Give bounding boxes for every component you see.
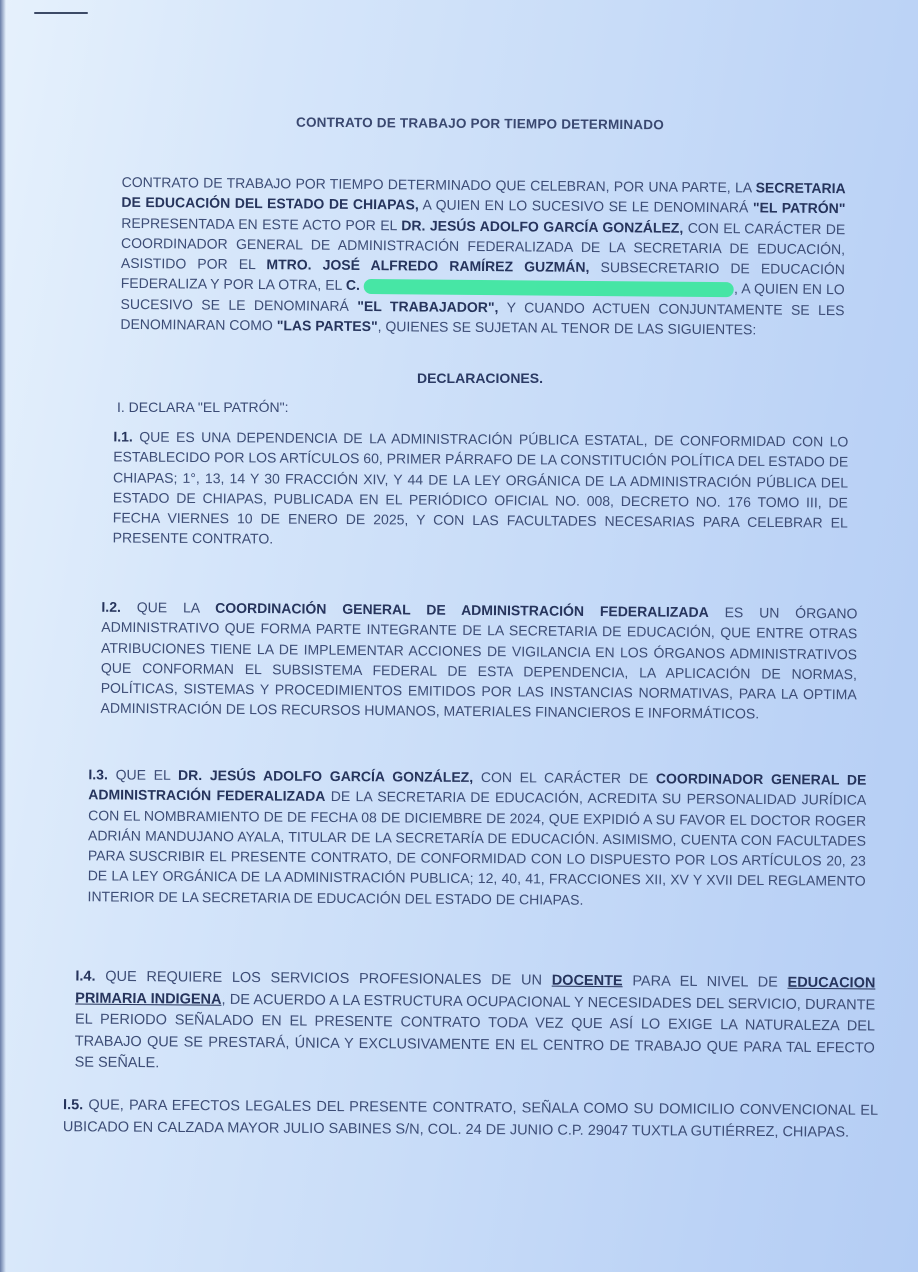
clause-1-5: I.5. QUE, PARA EFECTOS LEGALES DEL PRESE… bbox=[63, 1095, 878, 1144]
redacted-worker-name bbox=[364, 279, 734, 297]
section-i-heading: I. DECLARA "EL PATRÓN": bbox=[117, 399, 289, 415]
clause-1-1: I.1. QUE ES UNA DEPENDENCIA DE LA ADMINI… bbox=[113, 426, 849, 553]
declaraciones-heading: DECLARACIONES. bbox=[300, 370, 660, 386]
page-edge-shadow bbox=[0, 0, 6, 1272]
clause-1-3: I.3. QUE EL DR. JESÚS ADOLFO GARCÍA GONZ… bbox=[88, 764, 867, 912]
clause-1-4: I.4. QUE REQUIERE LOS SERVICIOS PROFESIO… bbox=[75, 967, 876, 1081]
corner-line-mark bbox=[34, 12, 88, 14]
intro-paragraph: CONTRATO DE TRABAJO POR TIEMPO DETERMINA… bbox=[120, 172, 845, 341]
clause-1-2: I.2. QUE LA COORDINACIÓN GENERAL DE ADMI… bbox=[100, 597, 857, 725]
position-docente: DOCENTE bbox=[552, 973, 623, 990]
document-title: CONTRATO DE TRABAJO POR TIEMPO DETERMINA… bbox=[120, 113, 840, 133]
